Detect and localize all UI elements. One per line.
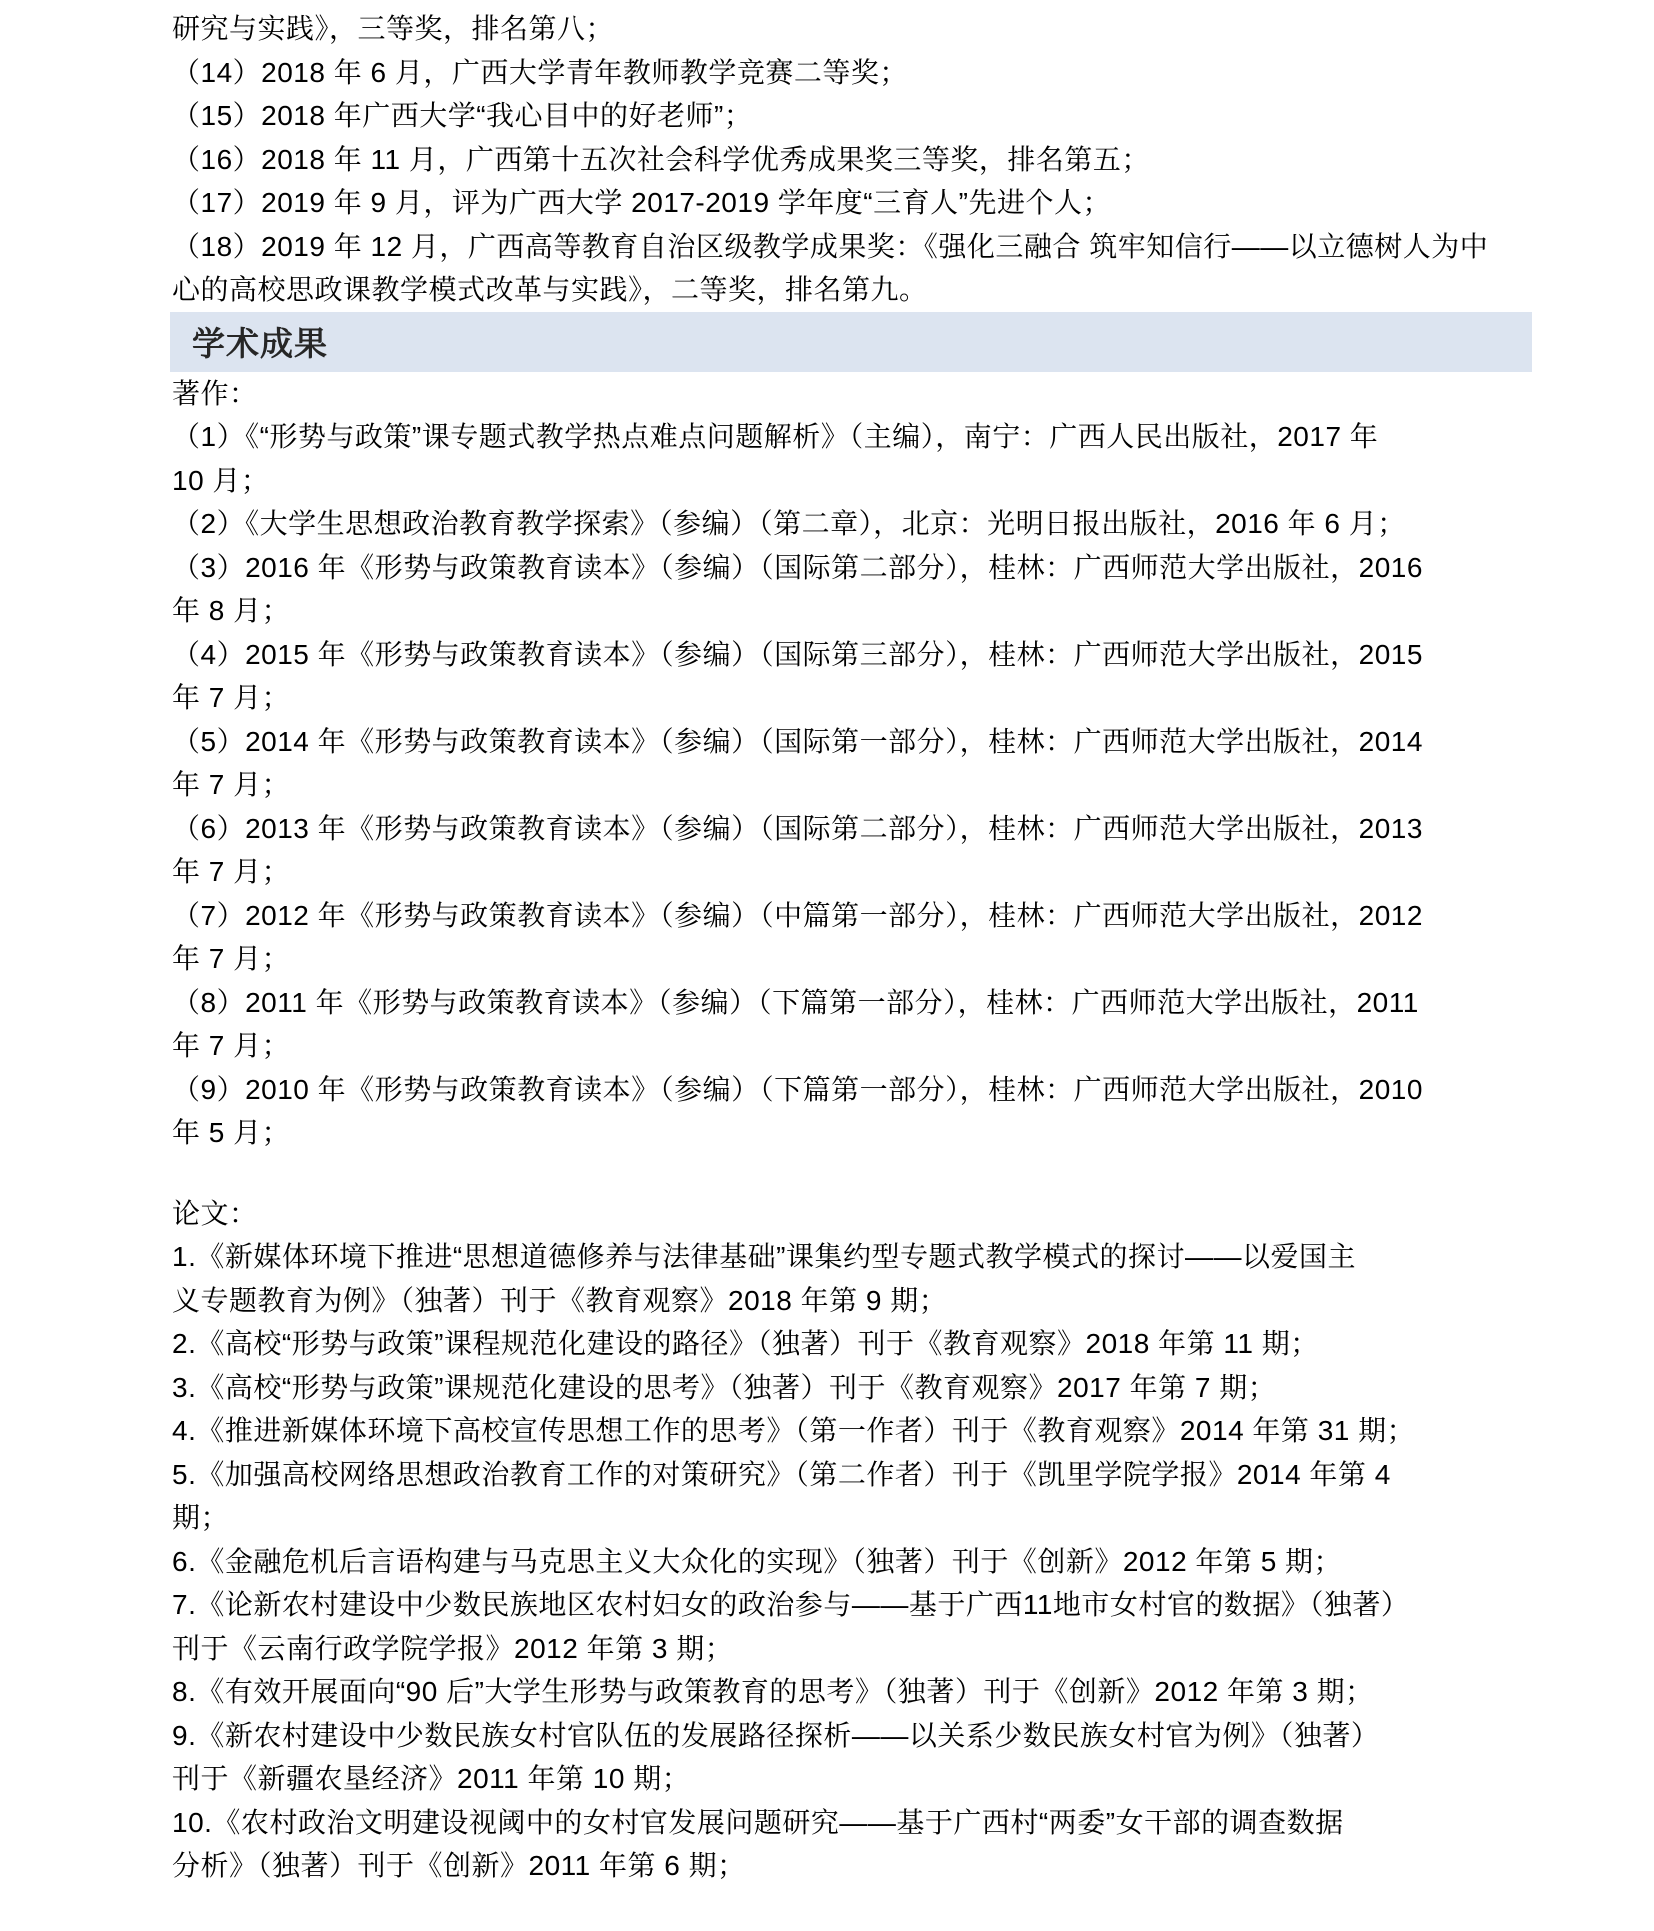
text-line: 年 7 月；: [172, 1024, 1512, 1068]
cv-document-page: 研究与实践》，三等奖，排名第八；（14）2018 年 6 月，广西大学青年教师教…: [0, 0, 1654, 1931]
award-item: 研究与实践》，三等奖，排名第八；: [172, 7, 1512, 51]
award-item: （15）2018 年广西大学“我心目中的好老师”；: [172, 94, 1512, 138]
book-item: （7）2012 年《形势与政策教育读本》（参编）（中篇第一部分），桂林：广西师范…: [172, 894, 1512, 981]
award-item: （16）2018 年 11 月，广西第十五次社会科学优秀成果奖三等奖，排名第五；: [172, 138, 1512, 182]
text-line: （9）2010 年《形势与政策教育读本》（参编）（下篇第一部分），桂林：广西师范…: [172, 1068, 1512, 1112]
paper-item: 2.《高校“形势与政策”课程规范化建设的路径》（独著）刊于《教育观察》2018 …: [172, 1322, 1512, 1366]
text-line: （6）2013 年《形势与政策教育读本》（参编）（国际第二部分），桂林：广西师范…: [172, 807, 1512, 851]
paper-item: 7.《论新农村建设中少数民族地区农村妇女的政治参与——基于广西11地市女村官的数…: [172, 1583, 1512, 1670]
text-line: 研究与实践》，三等奖，排名第八；: [172, 7, 1512, 51]
text-line: （4）2015 年《形势与政策教育读本》（参编）（国际第三部分），桂林：广西师范…: [172, 633, 1512, 677]
section-header-title: 学术成果: [170, 318, 328, 365]
book-item: （8）2011 年《形势与政策教育读本》（参编）（下篇第一部分），桂林：广西师范…: [172, 981, 1512, 1068]
text-line: 2.《高校“形势与政策”课程规范化建设的路径》（独著）刊于《教育观察》2018 …: [172, 1322, 1512, 1366]
paper-item: 4.《推进新媒体环境下高校宣传思想工作的思考》（第一作者）刊于《教育观察》201…: [172, 1409, 1512, 1453]
text-line: （5）2014 年《形势与政策教育读本》（参编）（国际第一部分），桂林：广西师范…: [172, 720, 1512, 764]
text-line: （14）2018 年 6 月，广西大学青年教师教学竞赛二等奖；: [172, 51, 1512, 95]
text-line: （8）2011 年《形势与政策教育读本》（参编）（下篇第一部分），桂林：广西师范…: [172, 981, 1512, 1025]
awards-continuation-section: 研究与实践》，三等奖，排名第八；（14）2018 年 6 月，广西大学青年教师教…: [172, 7, 1512, 312]
paper-item: 5.《加强高校网络思想政治教育工作的对策研究》（第二作者）刊于《凯里学院学报》2…: [172, 1453, 1512, 1540]
text-line: 10.《农村政治文明建设视阈中的女村官发展问题研究——基于广西村“两委”女干部的…: [172, 1801, 1512, 1845]
text-line: 义专题教育为例》（独著）刊于《教育观察》2018 年第 9 期；: [172, 1279, 1512, 1323]
text-line: 分析》（独著）刊于《创新》2011 年第 6 期；: [172, 1844, 1512, 1888]
award-item: （18）2019 年 12 月，广西高等教育自治区级教学成果奖：《强化三融合 筑…: [172, 225, 1512, 312]
text-line: 9.《新农村建设中少数民族女村官队伍的发展路径探析——以关系少数民族女村官为例》…: [172, 1714, 1512, 1758]
blank-gap: [172, 1155, 1512, 1192]
text-line: （2）《大学生思想政治教育教学探索》（参编）（第二章），北京：光明日报出版社，2…: [172, 502, 1512, 546]
award-item: （17）2019 年 9 月，评为广西大学 2017-2019 学年度“三育人”…: [172, 181, 1512, 225]
section-header-band: 学术成果: [170, 312, 1532, 372]
text-line: （15）2018 年广西大学“我心目中的好老师”；: [172, 94, 1512, 138]
text-line: 刊于《云南行政学院学报》2012 年第 3 期；: [172, 1627, 1512, 1671]
text-line: 年 7 月；: [172, 937, 1512, 981]
text-line: 5.《加强高校网络思想政治教育工作的对策研究》（第二作者）刊于《凯里学院学报》2…: [172, 1453, 1512, 1497]
text-line: 年 7 月；: [172, 850, 1512, 894]
book-item: （5）2014 年《形势与政策教育读本》（参编）（国际第一部分），桂林：广西师范…: [172, 720, 1512, 807]
works-label: 著作：: [172, 372, 1512, 416]
text-line: 3.《高校“形势与政策”课规范化建设的思考》（独著）刊于《教育观察》2017 年…: [172, 1366, 1512, 1410]
text-line: 7.《论新农村建设中少数民族地区农村妇女的政治参与——基于广西11地市女村官的数…: [172, 1583, 1512, 1627]
paper-item: 1.《新媒体环境下推进“思想道德修养与法律基础”课集约型专题式教学模式的探讨——…: [172, 1235, 1512, 1322]
text-line: 期；: [172, 1496, 1512, 1540]
text-line: 年 8 月；: [172, 589, 1512, 633]
text-line: 刊于《新疆农垦经济》2011 年第 10 期；: [172, 1757, 1512, 1801]
book-item: （6）2013 年《形势与政策教育读本》（参编）（国际第二部分），桂林：广西师范…: [172, 807, 1512, 894]
award-item: （14）2018 年 6 月，广西大学青年教师教学竞赛二等奖；: [172, 51, 1512, 95]
book-item: （3）2016 年《形势与政策教育读本》（参编）（国际第二部分），桂林：广西师范…: [172, 546, 1512, 633]
text-line: （3）2016 年《形势与政策教育读本》（参编）（国际第二部分），桂林：广西师范…: [172, 546, 1512, 590]
text-line: 1.《新媒体环境下推进“思想道德修养与法律基础”课集约型专题式教学模式的探讨——…: [172, 1235, 1512, 1279]
paper-item: 9.《新农村建设中少数民族女村官队伍的发展路径探析——以关系少数民族女村官为例》…: [172, 1714, 1512, 1801]
text-line: 6.《金融危机后言语构建与马克思主义大众化的实现》（独著）刊于《创新》2012 …: [172, 1540, 1512, 1584]
text-line: 年 7 月；: [172, 676, 1512, 720]
paper-item: 3.《高校“形势与政策”课规范化建设的思考》（独著）刊于《教育观察》2017 年…: [172, 1366, 1512, 1410]
papers-section: 论文： 1.《新媒体环境下推进“思想道德修养与法律基础”课集约型专题式教学模式的…: [172, 1192, 1512, 1888]
text-line: 10 月；: [172, 459, 1512, 503]
text-line: （18）2019 年 12 月，广西高等教育自治区级教学成果奖：《强化三融合 筑…: [172, 225, 1512, 269]
papers-label: 论文：: [172, 1192, 1512, 1236]
text-line: 4.《推进新媒体环境下高校宣传思想工作的思考》（第一作者）刊于《教育观察》201…: [172, 1409, 1512, 1453]
paper-item: 6.《金融危机后言语构建与马克思主义大众化的实现》（独著）刊于《创新》2012 …: [172, 1540, 1512, 1584]
text-line: 心的高校思政课教学模式改革与实践》，二等奖，排名第九。: [172, 268, 1512, 312]
document-content: 研究与实践》，三等奖，排名第八；（14）2018 年 6 月，广西大学青年教师教…: [172, 7, 1512, 1888]
text-line: （7）2012 年《形势与政策教育读本》（参编）（中篇第一部分），桂林：广西师范…: [172, 894, 1512, 938]
text-line: （1）《“形势与政策”课专题式教学热点难点问题解析》（主编），南宁：广西人民出版…: [172, 415, 1512, 459]
text-line: （16）2018 年 11 月，广西第十五次社会科学优秀成果奖三等奖，排名第五；: [172, 138, 1512, 182]
text-line: （17）2019 年 9 月，评为广西大学 2017-2019 学年度“三育人”…: [172, 181, 1512, 225]
book-item: （1）《“形势与政策”课专题式教学热点难点问题解析》（主编），南宁：广西人民出版…: [172, 415, 1512, 502]
book-item: （2）《大学生思想政治教育教学探索》（参编）（第二章），北京：光明日报出版社，2…: [172, 502, 1512, 546]
book-item: （4）2015 年《形势与政策教育读本》（参编）（国际第三部分），桂林：广西师范…: [172, 633, 1512, 720]
text-line: 年 5 月；: [172, 1111, 1512, 1155]
book-item: （9）2010 年《形势与政策教育读本》（参编）（下篇第一部分），桂林：广西师范…: [172, 1068, 1512, 1155]
text-line: 年 7 月；: [172, 763, 1512, 807]
works-section: 著作： （1）《“形势与政策”课专题式教学热点难点问题解析》（主编），南宁：广西…: [172, 372, 1512, 1155]
paper-item: 8.《有效开展面向“90 后”大学生形势与政策教育的思考》（独著）刊于《创新》2…: [172, 1670, 1512, 1714]
papers-list: 1.《新媒体环境下推进“思想道德修养与法律基础”课集约型专题式教学模式的探讨——…: [172, 1235, 1512, 1888]
paper-item: 10.《农村政治文明建设视阈中的女村官发展问题研究——基于广西村“两委”女干部的…: [172, 1801, 1512, 1888]
works-list: （1）《“形势与政策”课专题式教学热点难点问题解析》（主编），南宁：广西人民出版…: [172, 415, 1512, 1155]
text-line: 8.《有效开展面向“90 后”大学生形势与政策教育的思考》（独著）刊于《创新》2…: [172, 1670, 1512, 1714]
